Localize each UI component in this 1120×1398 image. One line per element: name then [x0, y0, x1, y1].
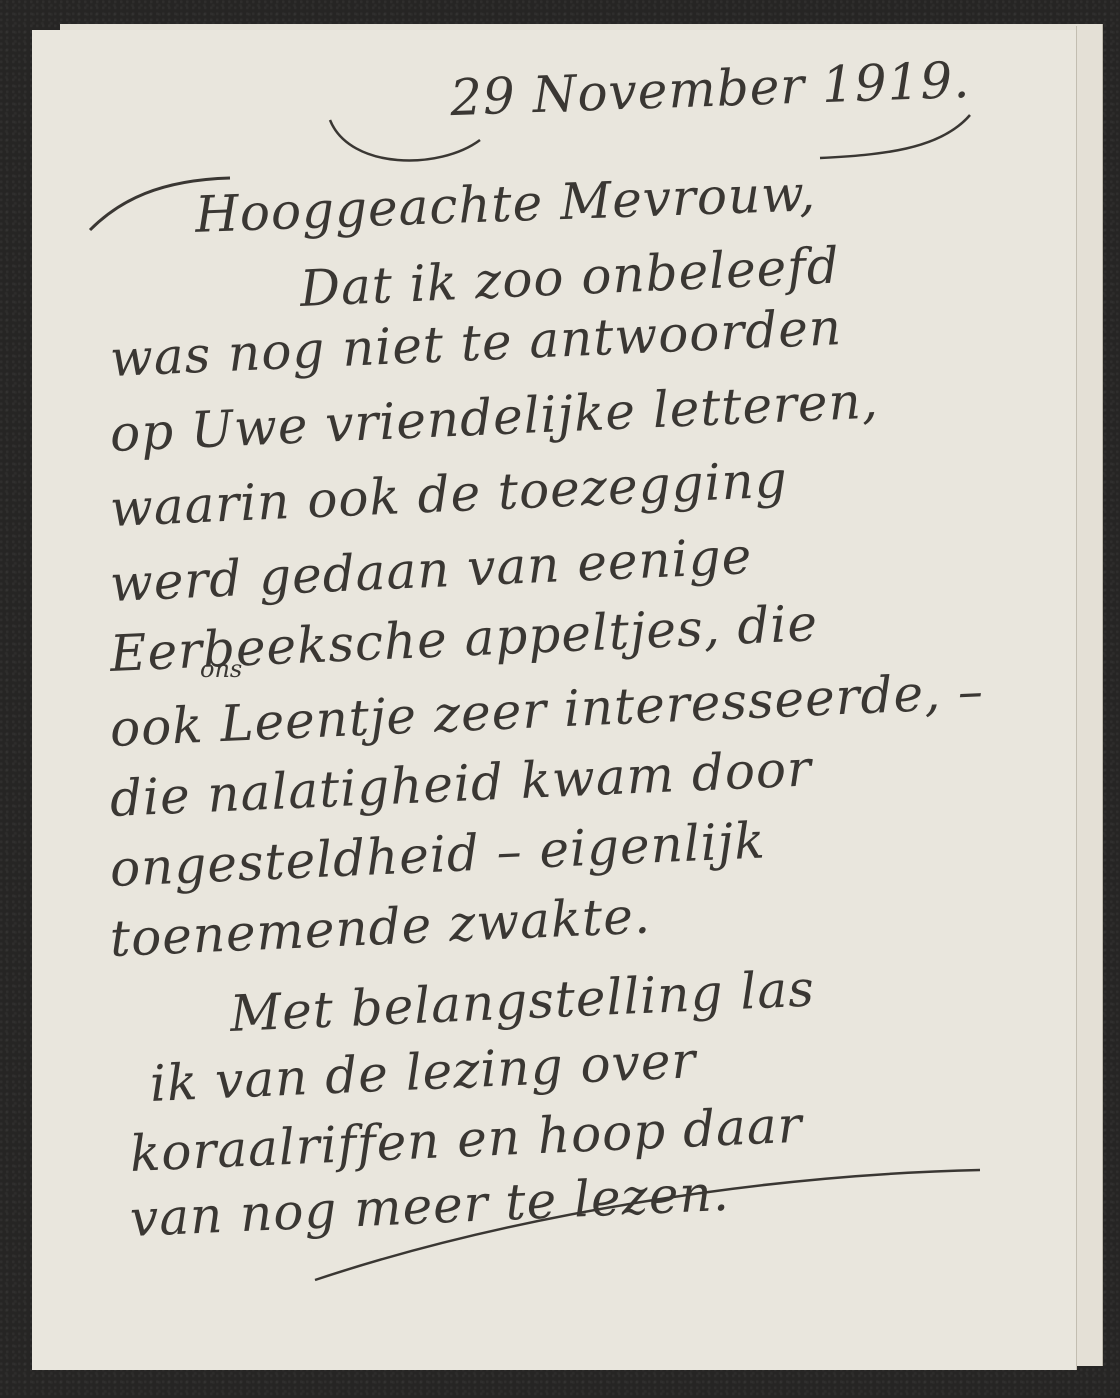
date-flourish [320, 110, 1020, 170]
closing-flourish-line [310, 1165, 990, 1285]
interlinear-insertion: ons [200, 655, 242, 683]
sheet-edge [1076, 26, 1077, 1366]
